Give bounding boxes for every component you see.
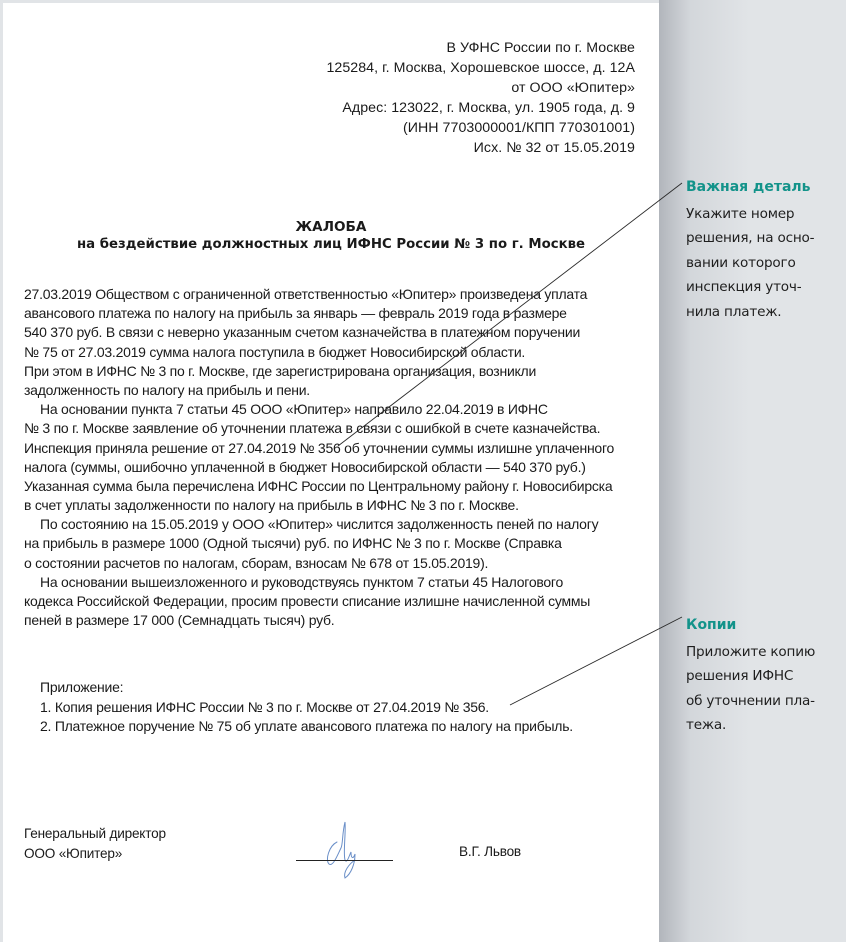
body-line: о состоянии расчетов по налогам, сборам,…: [24, 554, 664, 573]
note-line: инспекция уточ-: [686, 275, 836, 299]
body-line: По состоянию на 15.05.2019 у ООО «Юпитер…: [24, 515, 664, 534]
note-text: Укажите номеррешения, на осно-вании кото…: [686, 202, 836, 324]
body-line: авансового платежа по налогу на прибыль …: [24, 304, 664, 323]
attachment-item: 1. Копия решения ИФНС России № 3 по г. М…: [40, 698, 573, 718]
body-line: № 75 от 27.03.2019 сумма налога поступил…: [24, 343, 664, 362]
signatory-title: Генеральный директор: [24, 824, 166, 844]
address-line: Исх. № 32 от 15.05.2019: [326, 138, 635, 158]
handwritten-signature: [315, 812, 365, 882]
document-title: ЖАЛОБА: [0, 219, 662, 235]
note-line: Укажите номер: [686, 202, 836, 226]
body-line: 27.03.2019 Обществом с ограниченной отве…: [24, 285, 664, 304]
address-block: В УФНС России по г. Москве 125284, г. Мо…: [326, 38, 635, 158]
body-line: Указанная сумма была перечислена ИФНС Ро…: [24, 477, 664, 496]
body-line: кодекса Российской Федерации, просим про…: [24, 592, 664, 611]
signature-line: [296, 860, 393, 861]
note-line: об уточнении пла-: [686, 689, 836, 713]
note-heading: Важная деталь: [686, 178, 836, 196]
body-line: № 3 по г. Москве заявление об уточнении …: [24, 419, 664, 438]
attachments-section: Приложение: 1. Копия решения ИФНС России…: [40, 678, 573, 737]
body-line: задолженность по налогу на прибыль и пен…: [24, 381, 664, 400]
body-line: На основании пункта 7 статьи 45 ООО «Юпи…: [24, 400, 664, 419]
body-line: Инспекция приняла решение от 27.04.2019 …: [24, 439, 664, 458]
address-line: Адрес: 123022, г. Москва, ул. 1905 года,…: [326, 98, 635, 118]
note-line: решения, на осно-: [686, 226, 836, 250]
note-line: вании которого: [686, 251, 836, 275]
body-line: на прибыль в размере 1000 (Одной тысячи)…: [24, 534, 664, 553]
note-text: Приложите копиюрешения ИФНСоб уточнении …: [686, 640, 836, 738]
signatory-block: Генеральный директор ООО «Юпитер»: [24, 824, 166, 864]
attachments-label: Приложение:: [40, 678, 573, 698]
note-heading: Копии: [686, 616, 836, 634]
body-line: налога (суммы, ошибочно уплаченной в бюд…: [24, 458, 664, 477]
body-line: При этом в ИФНС № 3 по г. Москве, где за…: [24, 362, 664, 381]
sidebar-note-important-detail: Важная деталь Укажите номеррешения, на о…: [686, 178, 836, 324]
body-line: 540 370 руб. В связи с неверно указанным…: [24, 323, 664, 342]
address-line: В УФНС России по г. Москве: [326, 38, 635, 58]
signatory-org: ООО «Юпитер»: [24, 844, 166, 864]
address-line: от ООО «Юпитер»: [326, 78, 635, 98]
note-line: Приложите копию: [686, 640, 836, 664]
body-line: пеней в размере 17 000 (Семнадцать тысяч…: [24, 611, 664, 630]
note-line: нила платеж.: [686, 300, 836, 324]
sidebar-note-copies: Копии Приложите копиюрешения ИФНСоб уточ…: [686, 616, 836, 738]
attachment-item: 2. Платежное поручение № 75 об уплате ав…: [40, 717, 573, 737]
body-line: в счет уплаты задолженности по налогу на…: [24, 496, 664, 515]
note-line: тежа.: [686, 713, 836, 737]
address-line: (ИНН 7703000001/КПП 770301001): [326, 118, 635, 138]
note-line: решения ИФНС: [686, 664, 836, 688]
body-line: На основании вышеизложенного и руководст…: [24, 573, 664, 592]
signatory-name: В.Г. Львов: [459, 844, 521, 859]
page-shadow: [659, 0, 749, 942]
address-line: 125284, г. Москва, Хорошевское шоссе, д.…: [326, 58, 635, 78]
complaint-body: 27.03.2019 Обществом с ограниченной отве…: [24, 285, 664, 630]
document-subtitle: на бездействие должностных лиц ИФНС Росс…: [0, 237, 662, 252]
